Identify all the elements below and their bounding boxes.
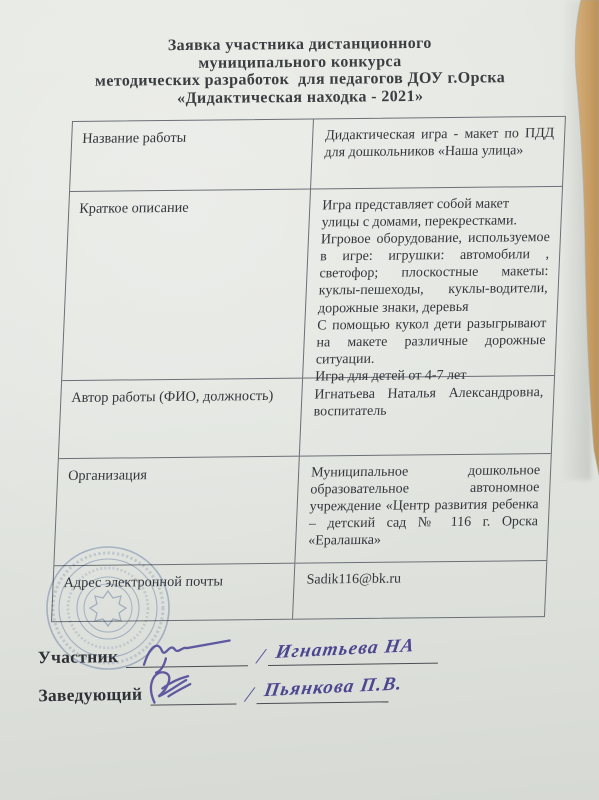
row-label: Автор работы (ФИО, должность) <box>59 379 303 459</box>
row-value: Игра представляет собой макет улицы с до… <box>303 187 562 378</box>
table-row: Организация Муниципальное дошкольное обр… <box>54 453 550 565</box>
table-row: Название работы Дидактическая игра - мак… <box>70 117 565 191</box>
row-value: Дидактическая игра - макет по ПДД для до… <box>311 117 565 189</box>
signature-block: Участник / Игнатьева НА Заведующий / Пья… <box>37 625 498 707</box>
table-row: Краткое описание Игра представляет собой… <box>62 186 562 380</box>
head-name-line: Пьянкова П.В. <box>256 675 388 704</box>
participant-signature-row: Участник / Игнатьева НА <box>37 625 497 669</box>
application-table: Название работы Дидактическая игра - мак… <box>51 116 566 622</box>
row-label: Организация <box>54 457 299 566</box>
head-signature-stroke <box>134 662 221 711</box>
row-label: Краткое описание <box>62 190 311 381</box>
row-value: Муниципальное дошкольное образовательное… <box>295 454 550 563</box>
participant-handwritten-name: Игнатьева НА <box>274 635 417 664</box>
document-title: Заявка участника дистанционного муниципа… <box>40 34 561 109</box>
desk-surface <box>559 0 599 480</box>
row-label: Название работы <box>70 119 314 191</box>
signature-separator: / <box>244 684 255 704</box>
row-value: Игнатьева Наталья Александровна, воспита… <box>300 376 554 456</box>
row-label: Адрес электронной почты <box>52 564 295 622</box>
head-handwritten-name: Пьянкова П.В. <box>262 673 404 702</box>
participant-name-line: Игнатьева НА <box>268 637 438 666</box>
table-row: Автор работы (ФИО, должность) Игнатьева … <box>59 375 554 458</box>
head-label: Заведующий <box>38 684 142 707</box>
participant-label: Участник <box>38 646 119 669</box>
signature-separator: / <box>256 646 267 666</box>
head-signature-line <box>150 677 236 705</box>
head-signature-row: Заведующий / Пьянкова П.В. <box>38 663 498 707</box>
row-value: Sadik116@bk.ru <box>293 561 546 619</box>
table-row: Адрес электронной почты Sadik116@bk.ru <box>52 560 546 621</box>
